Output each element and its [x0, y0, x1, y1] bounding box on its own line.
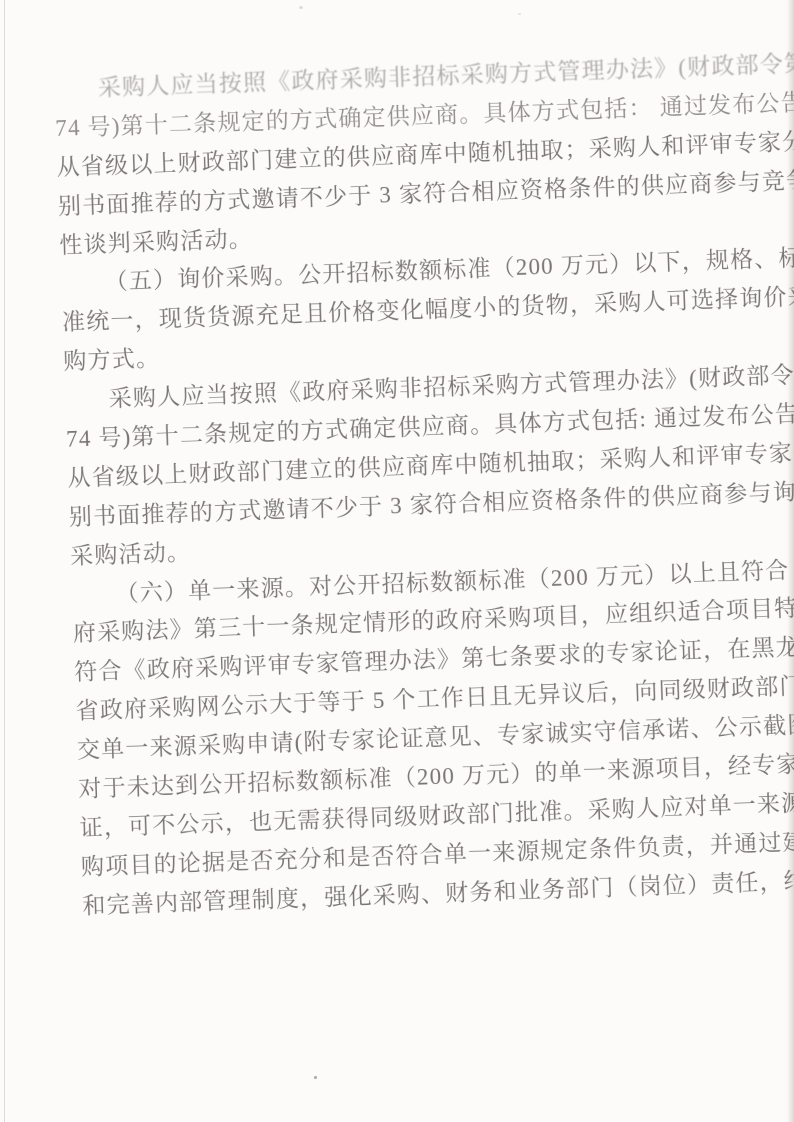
ink-speck: [299, 6, 303, 9]
document-text-block: 采购人应当按照《政府采购非招标采购方式管理办法》(财政部令第74 号)第十二条规…: [53, 48, 752, 926]
ink-speck: [518, 13, 521, 15]
ink-speck: [314, 1076, 317, 1079]
scanned-document-page: 采购人应当按照《政府采购非招标采购方式管理办法》(财政部令第74 号)第十二条规…: [0, 0, 794, 1122]
page-left-crease: [4, 0, 5, 1122]
